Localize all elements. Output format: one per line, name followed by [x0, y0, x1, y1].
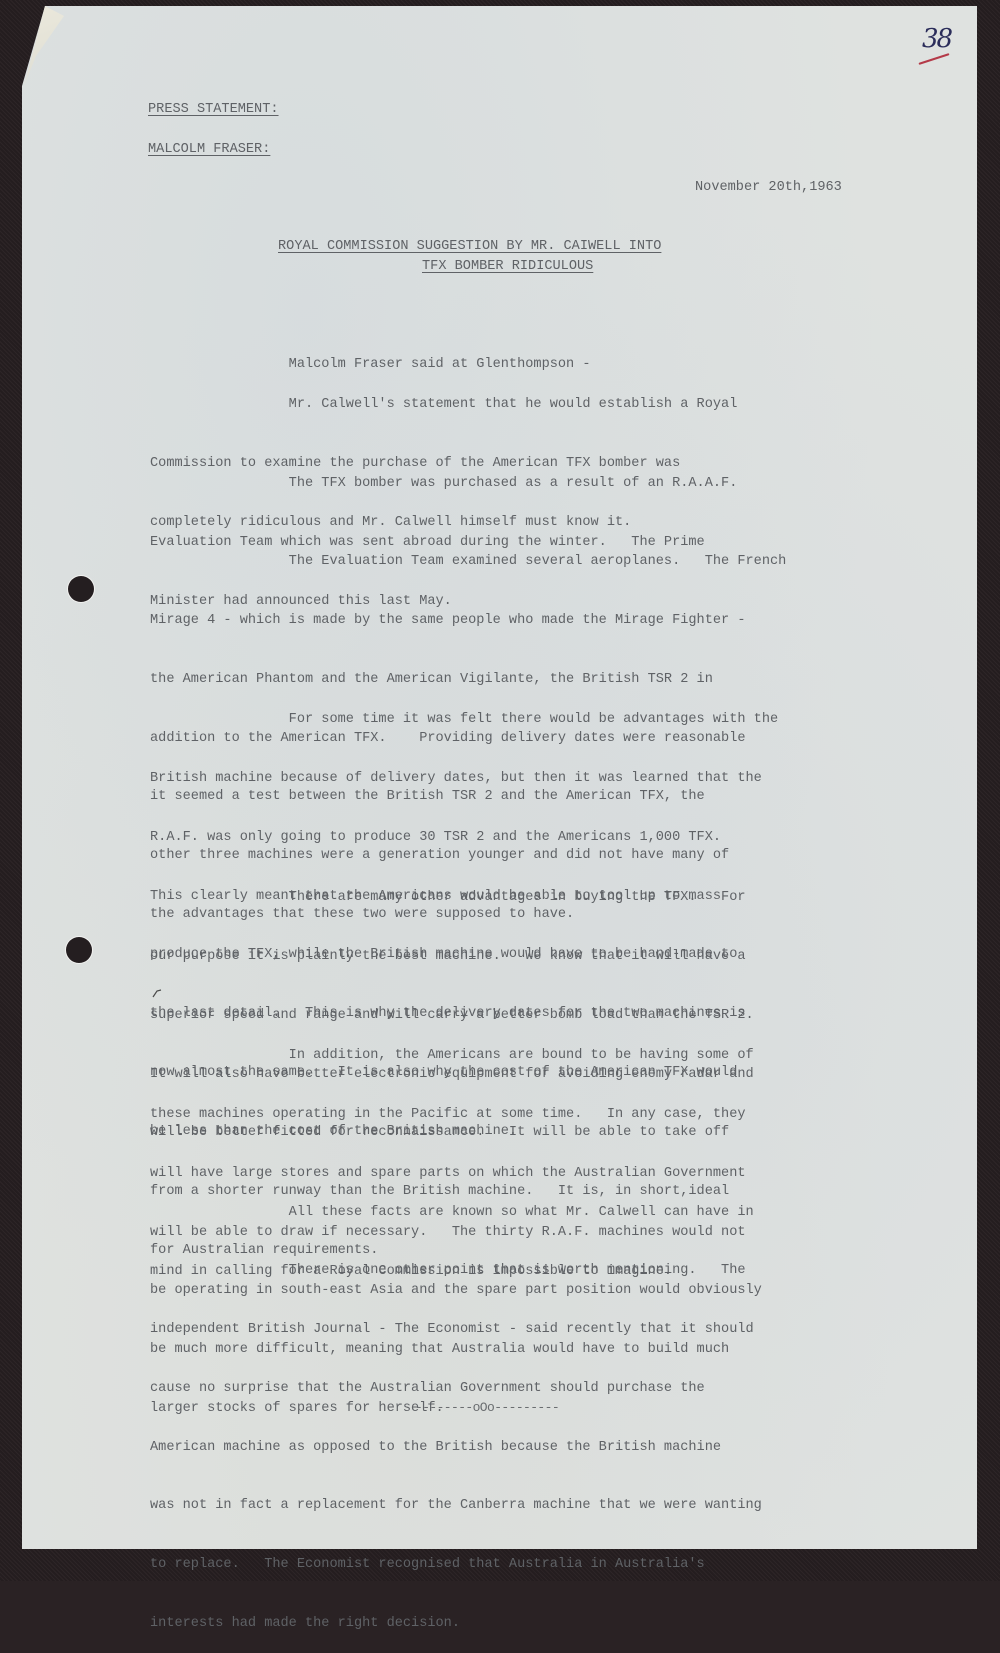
text-line: The TFX bomber was purchased as a result… [150, 474, 890, 494]
text-line: Mr. Calwell's statement that he would es… [150, 395, 890, 415]
text-line: The Evaluation Team examined several aer… [150, 552, 890, 572]
text-line: R.A.F. was only going to produce 30 TSR … [150, 828, 890, 848]
document-date: November 20th,1963 [695, 178, 842, 198]
text-line: In addition, the Americans are bound to … [150, 1046, 890, 1066]
text-line: There are many other advantages in buyin… [150, 888, 890, 908]
text-line: For some time it was felt there would be… [150, 710, 890, 730]
text-line: cause no surprise that the Australian Go… [150, 1379, 890, 1399]
text-line: was not in fact a replacement for the Ca… [150, 1496, 890, 1516]
document-title-line-2: TFX BOMBER RIDICULOUS [422, 257, 593, 277]
text-line: British machine because of delivery date… [150, 769, 890, 789]
text-line: to replace. The Economist recognised tha… [150, 1555, 890, 1575]
pencil-tick-mark [152, 988, 162, 998]
punch-hole-lower [66, 937, 92, 963]
author-label: MALCOLM FRASER: [148, 140, 270, 160]
punch-hole-upper [68, 576, 94, 602]
press-statement-label: PRESS STATEMENT: [148, 100, 279, 120]
document-title-line-1: ROYAL COMMISSION SUGGESTION BY MR. CAIWE… [278, 237, 661, 257]
text-line: independent British Journal - The Econom… [150, 1320, 890, 1340]
text-line: There is one other point that is worth m… [150, 1261, 890, 1281]
text-line: All these facts are known so what Mr. Ca… [150, 1203, 890, 1223]
end-separator: --------oOo--------- [415, 1400, 559, 1415]
text-line: these machines operating in the Pacific … [150, 1105, 890, 1125]
text-line: Mirage 4 - which is made by the same peo… [150, 611, 890, 631]
handwritten-page-number: 38 [922, 24, 951, 54]
text-line: our purpose it is plainly the best machi… [150, 947, 890, 967]
text-line: American machine as opposed to the Briti… [150, 1438, 890, 1458]
